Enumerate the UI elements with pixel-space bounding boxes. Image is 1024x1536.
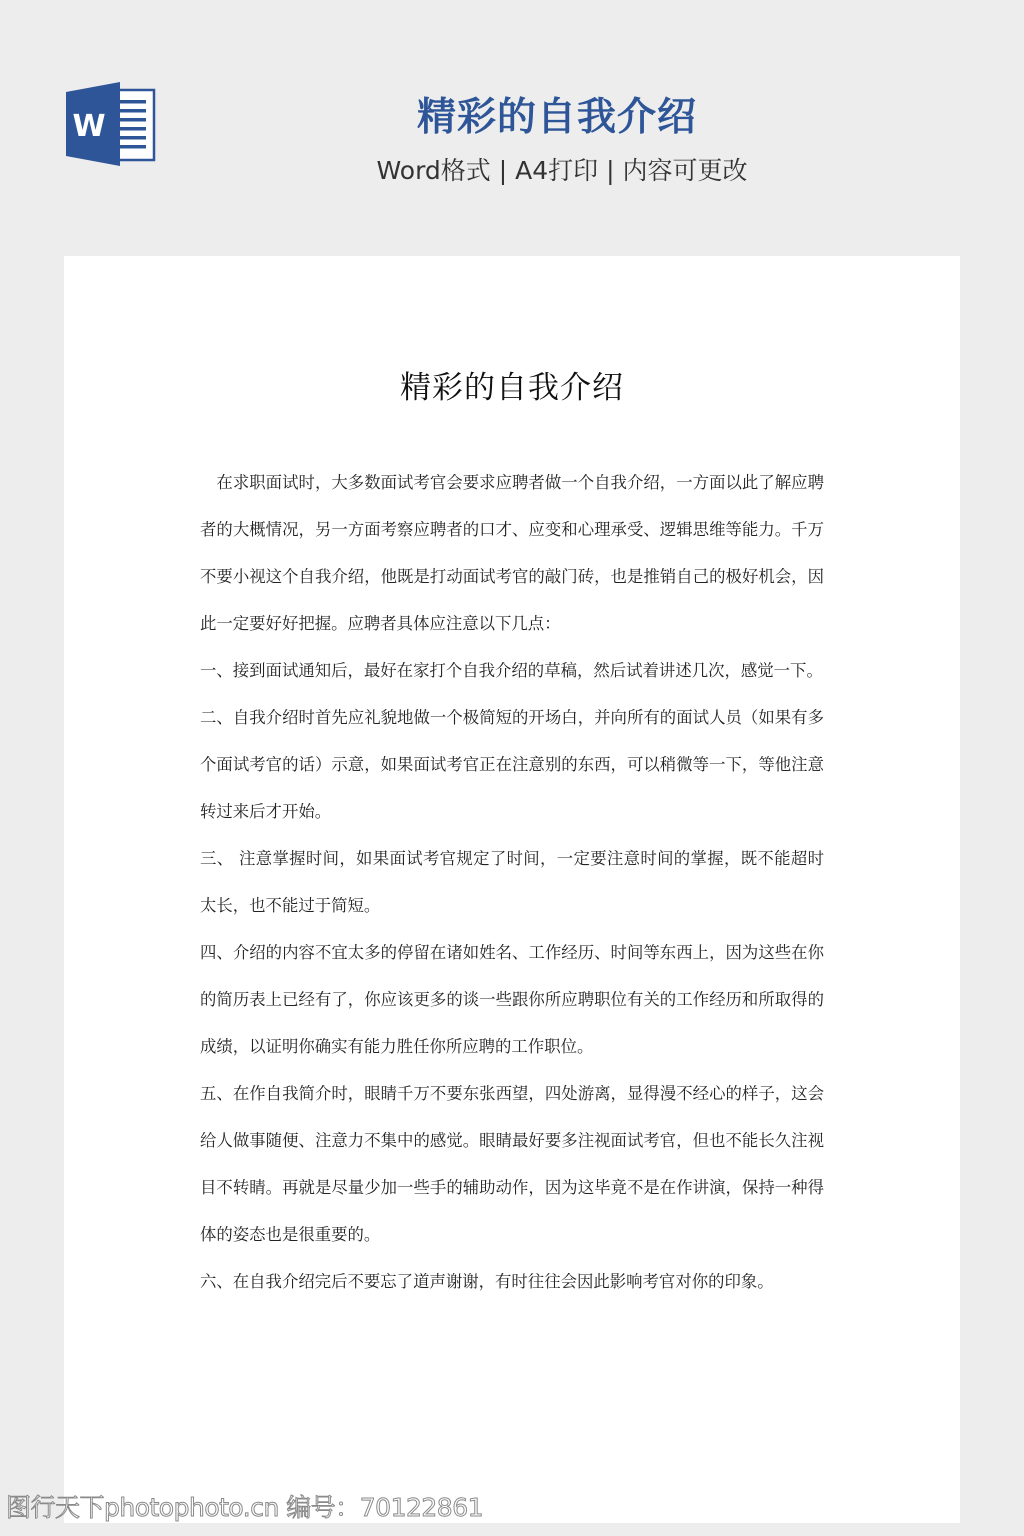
- point-paragraph-4: 四、介绍的内容不宜太多的停留在诸如姓名、工作经历、时间等东西上，因为这些在你的简…: [200, 929, 824, 1070]
- word-icon: W: [66, 82, 156, 166]
- point-paragraph-1: 一、接到面试通知后，最好在家打个自我介绍的草稿，然后试着讲述几次，感觉一下。: [200, 647, 824, 694]
- watermark: 图行天下photophoto.cn 编号：70122861: [6, 1493, 483, 1523]
- document-body: 在求职面试时，大多数面试考官会要求应聘者做一个自我介绍，一方面以此了解应聘者的大…: [200, 459, 824, 1305]
- point-paragraph-5: 五、在作自我简介时，眼睛千万不要东张西望，四处游离，显得漫不经心的样子，这会给人…: [200, 1070, 824, 1258]
- intro-paragraph: 在求职面试时，大多数面试考官会要求应聘者做一个自我介绍，一方面以此了解应聘者的大…: [200, 459, 824, 647]
- banner-subtitle: Word格式 | A4打印 | 内容可更改: [300, 154, 824, 188]
- banner-title: 精彩的自我介绍: [330, 92, 784, 144]
- svg-text:W: W: [72, 109, 105, 144]
- point-paragraph-6: 六、在自我介绍完后不要忘了道声谢谢，有时往往会因此影响考官对你的印象。: [200, 1258, 824, 1305]
- point-paragraph-2: 二、自我介绍时首先应礼貌地做一个极简短的开场白，并向所有的面试人员（如果有多个面…: [200, 694, 824, 835]
- point-paragraph-3: 三、 注意掌握时间，如果面试考官规定了时间，一定要注意时间的掌握，既不能超时太长…: [200, 835, 824, 929]
- document-page: 精彩的自我介绍 在求职面试时，大多数面试考官会要求应聘者做一个自我介绍，一方面以…: [64, 256, 960, 1523]
- document-title: 精彩的自我介绍: [64, 366, 960, 410]
